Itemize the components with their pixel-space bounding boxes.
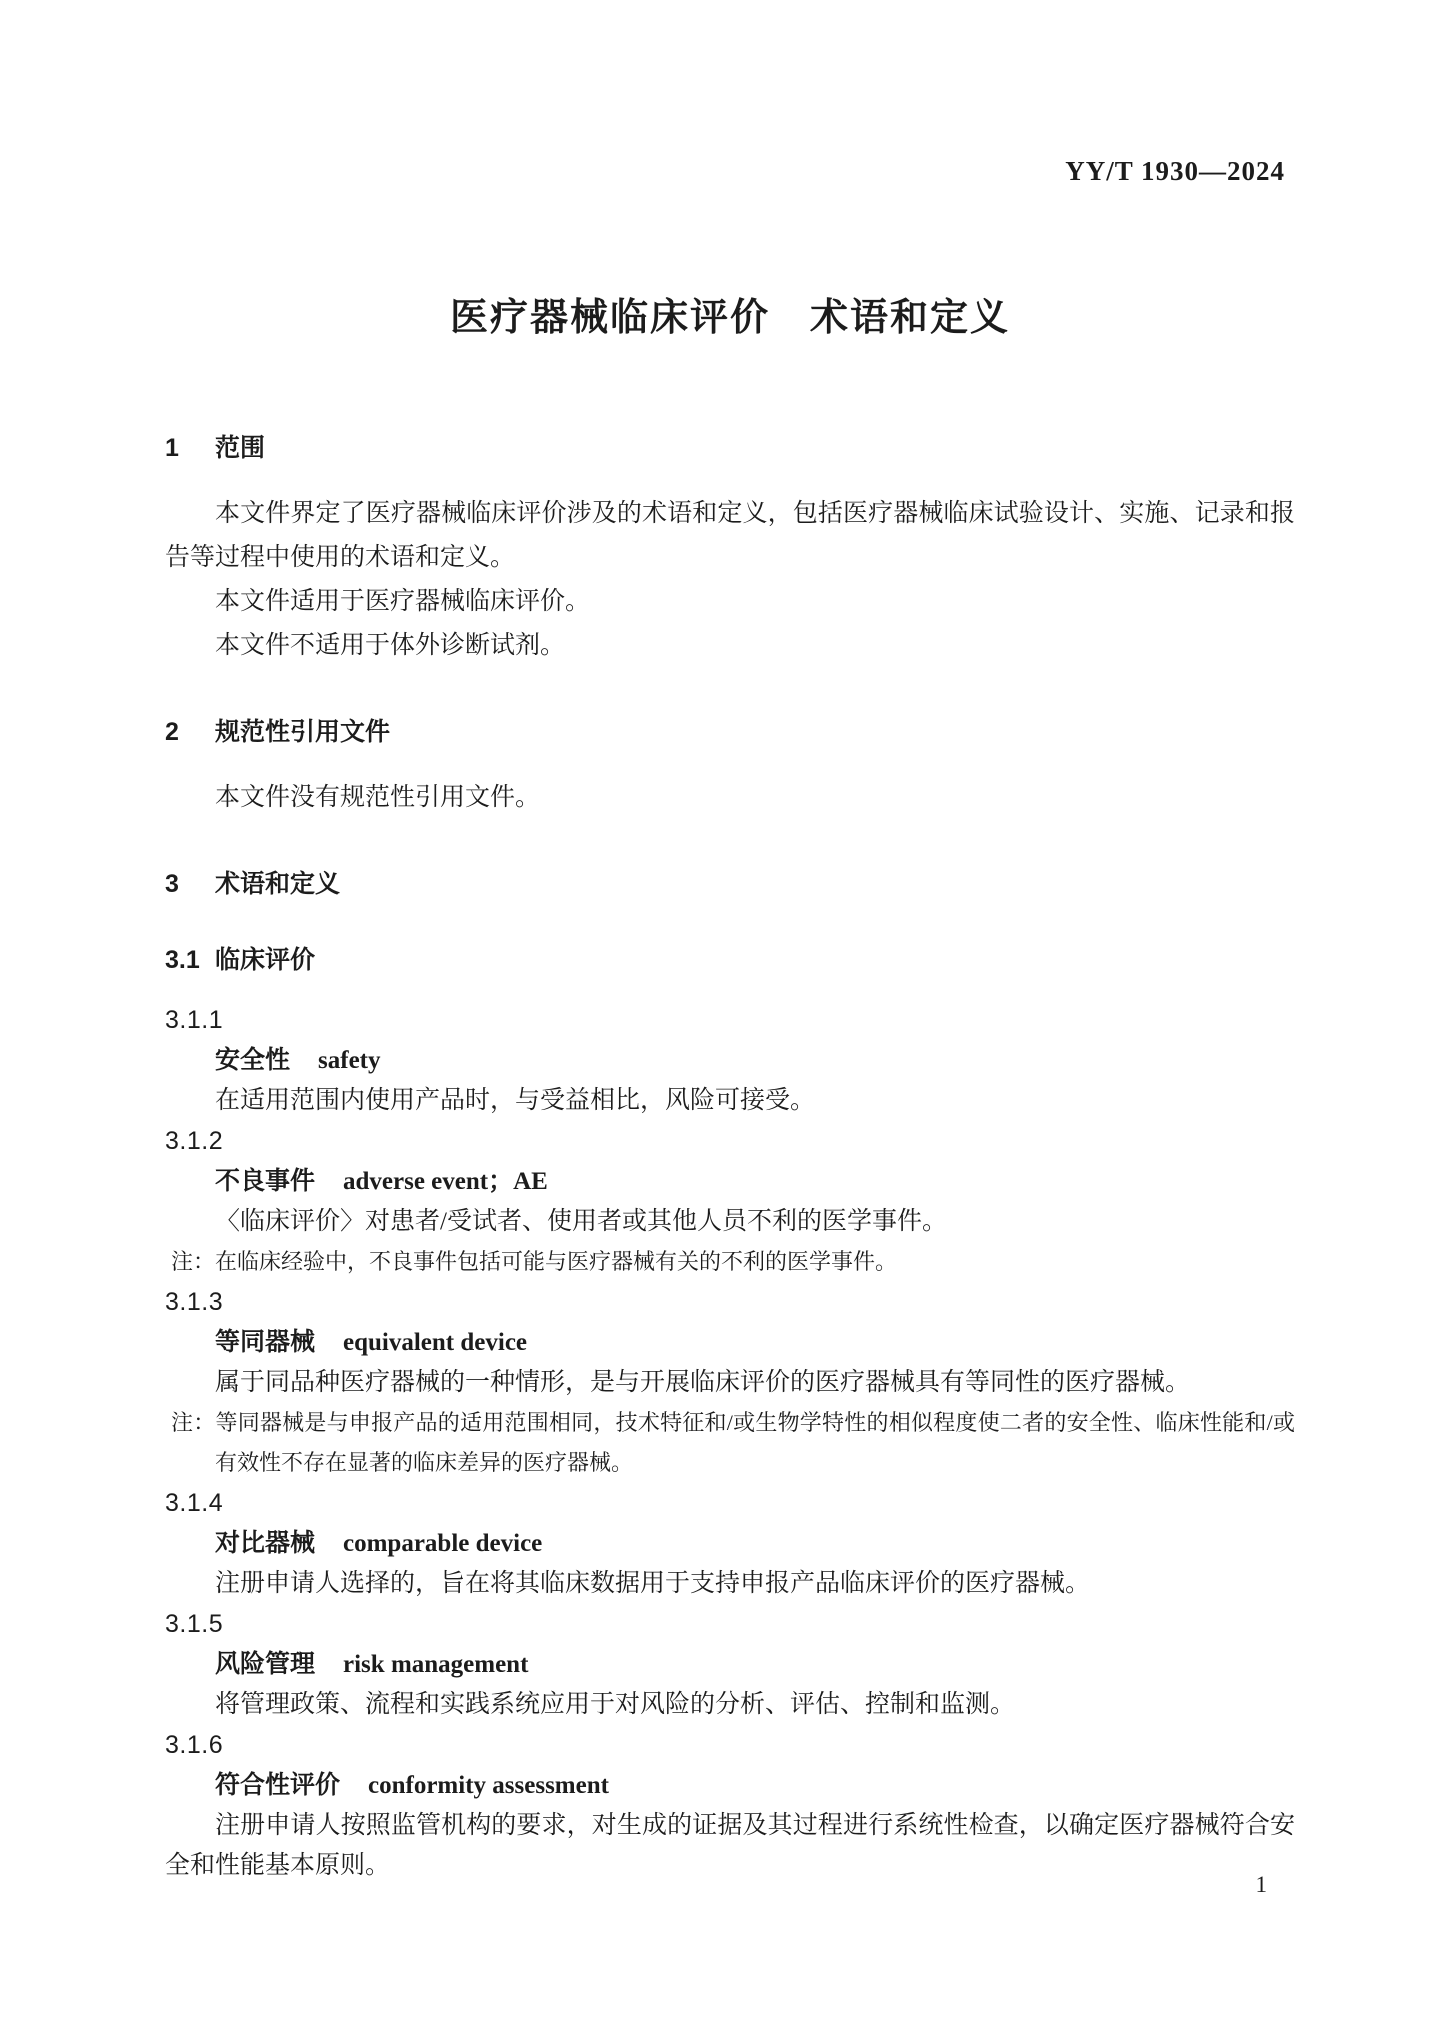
section-scope: 1范围 本文件界定了医疗器械临床评价涉及的术语和定义，包括医疗器械临床试验设计、…	[165, 432, 1295, 668]
term-definition: 注册申请人按照监管机构的要求，对生成的证据及其过程进行系统性检查，以确定医疗器械…	[165, 1806, 1295, 1886]
document-page: YY/T 1930—2024 医疗器械临床评价 术语和定义 1范围 本文件界定了…	[0, 0, 1445, 2044]
term-name-en: risk management	[343, 1651, 528, 1678]
section-title: 术语和定义	[215, 870, 340, 898]
section-terms-definitions: 3术语和定义 3.1临床评价 3.1.1 安全性safety 在适用范围内使用产…	[165, 868, 1295, 1886]
term-name-cn: 风险管理	[215, 1650, 315, 1678]
term-name-line: 安全性safety	[165, 1040, 1295, 1081]
term-entry: 3.1.4 对比器械comparable device 注册申请人选择的，旨在将…	[165, 1483, 1295, 1604]
term-name-line: 风险管理risk management	[165, 1644, 1295, 1685]
term-note: 注：等同器械是与申报产品的适用范围相同，技术特征和/或生物学特性的相似程度使二者…	[171, 1403, 1295, 1483]
term-name-en: conformity assessment	[368, 1772, 609, 1799]
note-text: 在临床经验中，不良事件包括可能与医疗器械有关的不利的医学事件。	[215, 1249, 897, 1274]
section-heading: 2规范性引用文件	[165, 716, 1295, 748]
term-name-line: 符合性评价conformity assessment	[165, 1765, 1295, 1806]
paragraph: 本文件界定了医疗器械临床评价涉及的术语和定义，包括医疗器械临床试验设计、实施、记…	[165, 492, 1295, 580]
term-name-en: equivalent device	[343, 1329, 527, 1356]
term-number: 3.1.5	[165, 1604, 1295, 1644]
term-name-cn: 安全性	[215, 1046, 290, 1074]
term-entry: 3.1.6 符合性评价conformity assessment 注册申请人按照…	[165, 1725, 1295, 1886]
term-number: 3.1.2	[165, 1121, 1295, 1161]
section-title: 范围	[215, 434, 265, 462]
term-name-line: 等同器械equivalent device	[165, 1322, 1295, 1363]
term-name-en: safety	[318, 1047, 380, 1074]
page-number: 1	[1256, 1872, 1268, 1898]
term-name-cn: 对比器械	[215, 1529, 315, 1557]
term-name-line: 不良事件adverse event；AE	[165, 1161, 1295, 1202]
section-normative-references: 2规范性引用文件 本文件没有规范性引用文件。	[165, 716, 1295, 820]
section-number: 2	[165, 716, 215, 748]
page-content: 医疗器械临床评价 术语和定义 1范围 本文件界定了医疗器械临床评价涉及的术语和定…	[165, 0, 1295, 1886]
term-number: 3.1.6	[165, 1725, 1295, 1765]
subsection-heading: 3.1临床评价	[165, 944, 1295, 976]
term-name-line: 对比器械comparable device	[165, 1523, 1295, 1564]
term-entry: 3.1.2 不良事件adverse event；AE 〈临床评价〉对患者/受试者…	[165, 1121, 1295, 1282]
term-entry: 3.1.1 安全性safety 在适用范围内使用产品时，与受益相比，风险可接受。	[165, 1000, 1295, 1121]
term-name-cn: 等同器械	[215, 1328, 315, 1356]
paragraph: 本文件适用于医疗器械临床评价。	[165, 580, 1295, 624]
term-note: 注：在临床经验中，不良事件包括可能与医疗器械有关的不利的医学事件。	[171, 1242, 1295, 1282]
section-title: 规范性引用文件	[215, 718, 390, 746]
term-number: 3.1.3	[165, 1282, 1295, 1322]
term-entry: 3.1.3 等同器械equivalent device 属于同品种医疗器械的一种…	[165, 1282, 1295, 1483]
term-name-en: adverse event；AE	[343, 1168, 548, 1195]
term-name-cn: 不良事件	[215, 1167, 315, 1195]
term-definition: 将管理政策、流程和实践系统应用于对风险的分析、评估、控制和监测。	[165, 1685, 1295, 1725]
term-definition: 在适用范围内使用产品时，与受益相比，风险可接受。	[165, 1081, 1295, 1121]
term-list: 3.1.1 安全性safety 在适用范围内使用产品时，与受益相比，风险可接受。…	[165, 1000, 1295, 1886]
section-body: 本文件没有规范性引用文件。	[165, 776, 1295, 820]
paragraph: 本文件不适用于体外诊断试剂。	[165, 624, 1295, 668]
term-definition: 注册申请人选择的，旨在将其临床数据用于支持申报产品临床评价的医疗器械。	[165, 1564, 1295, 1604]
term-number: 3.1.4	[165, 1483, 1295, 1523]
term-definition: 属于同品种医疗器械的一种情形，是与开展临床评价的医疗器械具有等同性的医疗器械。	[165, 1363, 1295, 1403]
document-title: 医疗器械临床评价 术语和定义	[165, 0, 1295, 342]
subsection-number: 3.1	[165, 944, 215, 976]
note-label: 注：	[171, 1410, 215, 1435]
section-number: 1	[165, 432, 215, 464]
term-name-cn: 符合性评价	[215, 1771, 340, 1799]
section-heading: 3术语和定义	[165, 868, 1295, 900]
subsection-title: 临床评价	[215, 946, 315, 974]
term-name-en: comparable device	[343, 1530, 542, 1557]
section-body: 本文件界定了医疗器械临床评价涉及的术语和定义，包括医疗器械临床试验设计、实施、记…	[165, 492, 1295, 668]
paragraph: 本文件没有规范性引用文件。	[165, 776, 1295, 820]
note-text: 等同器械是与申报产品的适用范围相同，技术特征和/或生物学特性的相似程度使二者的安…	[215, 1410, 1295, 1475]
term-number: 3.1.1	[165, 1000, 1295, 1040]
note-label: 注：	[171, 1249, 215, 1274]
section-number: 3	[165, 868, 215, 900]
section-heading: 1范围	[165, 432, 1295, 464]
term-entry: 3.1.5 风险管理risk management 将管理政策、流程和实践系统应…	[165, 1604, 1295, 1725]
term-definition: 〈临床评价〉对患者/受试者、使用者或其他人员不利的医学事件。	[165, 1202, 1295, 1242]
